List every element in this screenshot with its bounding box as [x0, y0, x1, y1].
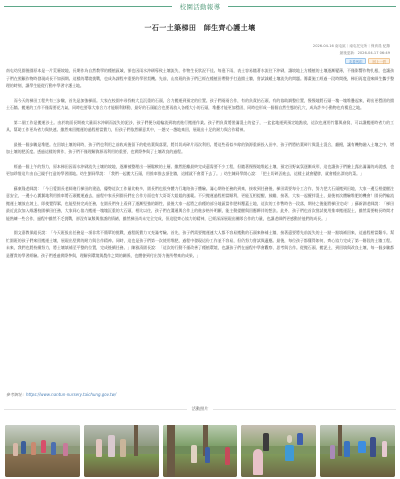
paragraph: 經過一個上午的努力，原本梯田因雨水沖刷流失土壤的坡地，逐漸被整理出一層鬆軟的土層… — [6, 163, 394, 178]
photo-gallery — [5, 425, 395, 477]
paragraph: 園文嘉教保組長說：「今天班級出任務是一項非常不簡單的挑戰，過程既費力又充滿考驗。… — [6, 229, 394, 259]
article-body: 南屯幼兒園後園原本是一片荒廢坡地，長期作為自然教學的種植區域，卻也因雨水沖刷導致… — [6, 67, 394, 266]
divider-line — [228, 6, 396, 7]
last-updated: 最後更新：2026-04-17 06:49 — [313, 50, 390, 57]
back-button[interactable]: 回上一頁 — [368, 58, 390, 64]
publish-info: 2026-04-16 南屯區｜南屯托兒所｜保育員 紀錄 — [313, 43, 390, 50]
section-title: 校園活動報導 — [172, 2, 229, 11]
paragraph: 第二個工作是搬運沙土。由於坡面長期被大量雨水沖刷而流失的泥沙，孩子們便分組輪流到… — [6, 119, 394, 134]
paragraph: 南屯幼兒園後園原本是一片荒廢坡地，長期作為自然教學的種植區域，卻也因雨水沖刷導致… — [6, 67, 394, 90]
photo-thumbnail[interactable] — [84, 425, 159, 477]
section-header: 校園活動報導 — [4, 0, 396, 12]
article-actions: 友善列印 回上一頁 — [345, 58, 390, 64]
paragraph: 最後一個步驟是堆肥。在回填土壤的同時，孩子們也利用之前收成後留下的乾枯葉與落葉，… — [6, 141, 394, 156]
reference: 參考網址：https://www.nantun-nursery.taichung… — [6, 392, 116, 398]
photos-header: 活動照片 — [4, 404, 396, 414]
photo-thumbnail[interactable] — [163, 425, 238, 477]
photo-thumbnail[interactable] — [320, 425, 395, 477]
divider-line — [4, 409, 187, 410]
article-title: 一石一土築梯田 師生齊心護土壤 — [0, 23, 400, 33]
divider-line — [4, 6, 172, 7]
paragraph: 而今天的梯田工程共有三步驟，首先是加強梯面。大家在校園中尋找較大且沉重的石頭，合… — [6, 97, 394, 112]
reference-label: 參考網址： — [6, 392, 26, 397]
article-meta: 2026-04-16 南屯區｜南屯托兒所｜保育員 紀錄 最後更新：2026-04… — [313, 43, 390, 57]
print-button[interactable]: 友善列印 — [345, 58, 367, 64]
photos-title: 活動照片 — [187, 406, 214, 412]
paragraph: 蘇東隆老師說：「今日愛園長老師進行梯田的建造，優勢這次工作量比較多，園長們也很身… — [6, 185, 394, 223]
reference-link[interactable]: https://www.nantun-nursery.taichung.gov.… — [26, 392, 116, 397]
photo-thumbnail[interactable] — [241, 425, 316, 477]
divider-line — [213, 409, 396, 410]
photo-thumbnail[interactable] — [5, 425, 80, 477]
